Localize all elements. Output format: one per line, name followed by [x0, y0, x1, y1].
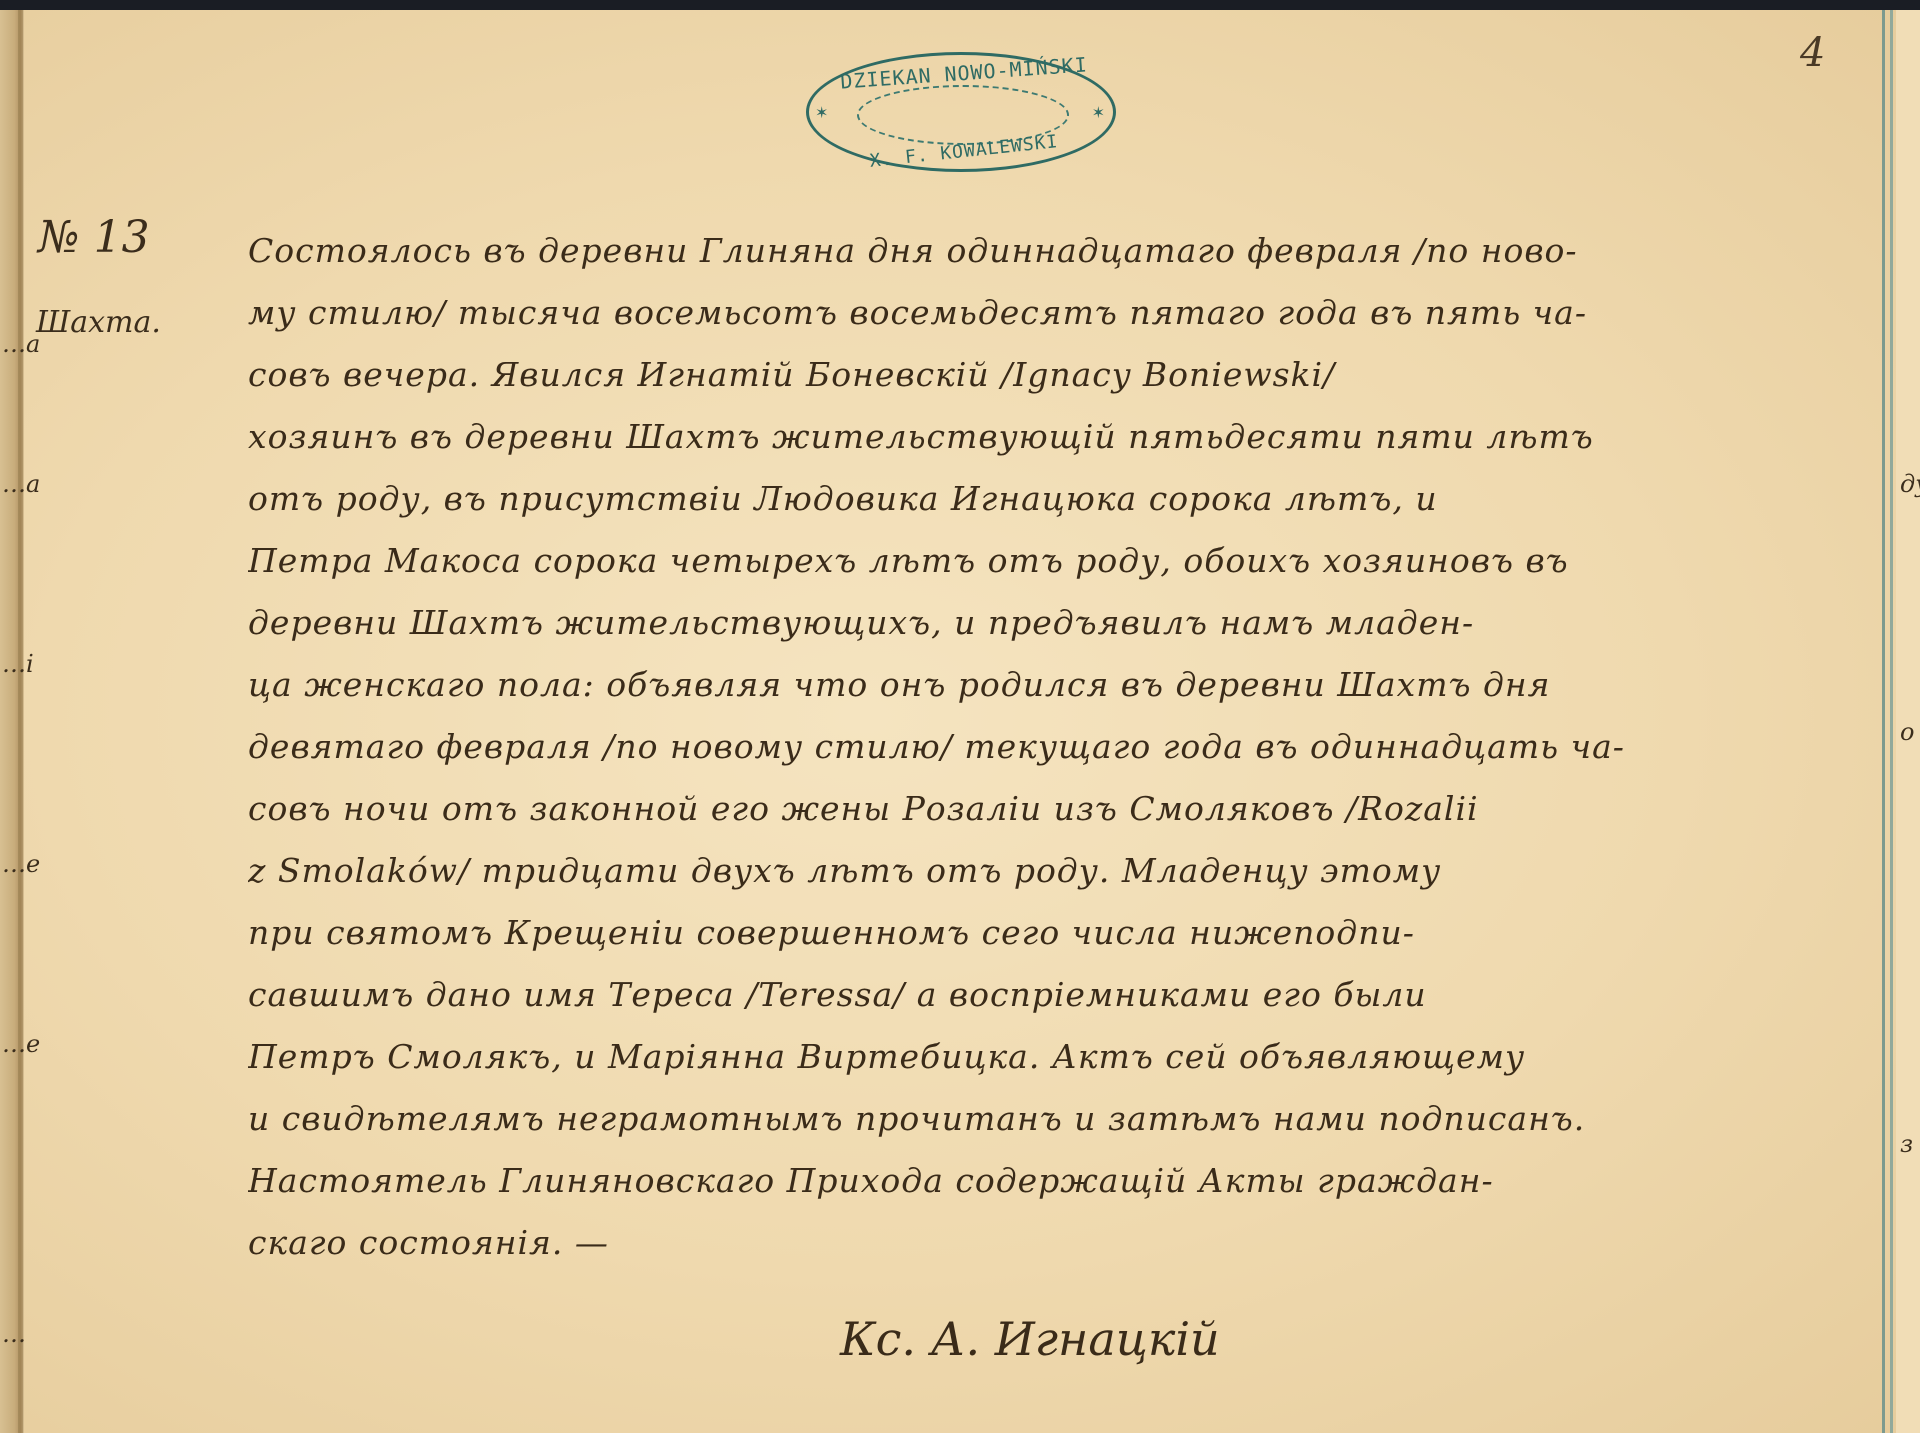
left-margin-fragment: …e	[2, 1030, 40, 1058]
record-line: хозяинъ въ деревни Шахтъ жительствующій …	[248, 406, 1868, 468]
record-line: деревни Шахтъ жительствующихъ, и предъяв…	[248, 592, 1868, 654]
gutter-shadow	[18, 10, 23, 1433]
record-line: ца женскаго пола: объявляя что онъ родил…	[248, 654, 1868, 716]
record-line: Состоялось въ деревни Глиняна дня одинна…	[248, 220, 1868, 282]
record-line: отъ роду, въ присутствіи Людовика Игнацю…	[248, 468, 1868, 530]
record-line: девятаго февраля /по новому стилю/ текущ…	[248, 716, 1868, 778]
record-line: совъ ночи отъ законной его жены Розаліи …	[248, 778, 1868, 840]
right-margin-rule	[1882, 10, 1885, 1433]
record-body: Состоялось въ деревни Глиняна дня одинна…	[248, 220, 1868, 1274]
right-margin-fragment: з	[1900, 1130, 1913, 1158]
record-line: скаго состоянія. —	[248, 1212, 1868, 1274]
page-number: 4	[1800, 30, 1825, 76]
left-margin-fragment: …a	[2, 470, 40, 498]
stamp-star-icon: ✶	[1092, 103, 1105, 122]
scanner-top-edge	[0, 0, 1920, 10]
left-margin-fragment: …e	[2, 850, 40, 878]
dean-stamp: DZIEKAN NOWO-MIŃSKI ✶ ✶ X. F. KOWALEWSKI	[806, 52, 1116, 172]
act-number: № 13	[38, 212, 150, 263]
record-line: Петра Макоса сорока четырехъ лѣтъ отъ ро…	[248, 530, 1868, 592]
right-margin-fragment: о	[1900, 718, 1914, 746]
left-margin-fragment: …	[2, 1320, 26, 1348]
document-page: DZIEKAN NOWO-MIŃSKI ✶ ✶ X. F. KOWALEWSKI…	[0, 0, 1920, 1433]
record-line: Настоятель Глиняновскаго Прихода содержа…	[248, 1150, 1868, 1212]
record-line: совъ вечера. Явился Игнатій Боневскій /I…	[248, 344, 1868, 406]
record-line: савшимъ дано имя Тереса /Teressa/ а восп…	[248, 964, 1868, 1026]
right-margin-rule-double	[1890, 10, 1893, 1433]
right-margin-fragment: ду	[1900, 470, 1920, 498]
record-line: z Smolaków/ тридцати двухъ лѣтъ отъ роду…	[248, 840, 1868, 902]
record-line: Петръ Смолякъ, и Маріянна Виртебицка. Ак…	[248, 1026, 1868, 1088]
left-margin-fragment: …a	[2, 330, 40, 358]
record-line: при святомъ Крещеніи совершенномъ сего ч…	[248, 902, 1868, 964]
stamp-star-icon: ✶	[815, 103, 828, 122]
record-line: му стилю/ тысяча восемьсотъ восемьдесятъ…	[248, 282, 1868, 344]
priest-signature: Кс. А. Игнацкій	[840, 1312, 1220, 1366]
act-village: Шахта.	[36, 305, 161, 340]
left-margin-fragment: …i	[2, 650, 34, 678]
record-line: и свидѣтелямъ неграмотнымъ прочитанъ и з…	[248, 1088, 1868, 1150]
